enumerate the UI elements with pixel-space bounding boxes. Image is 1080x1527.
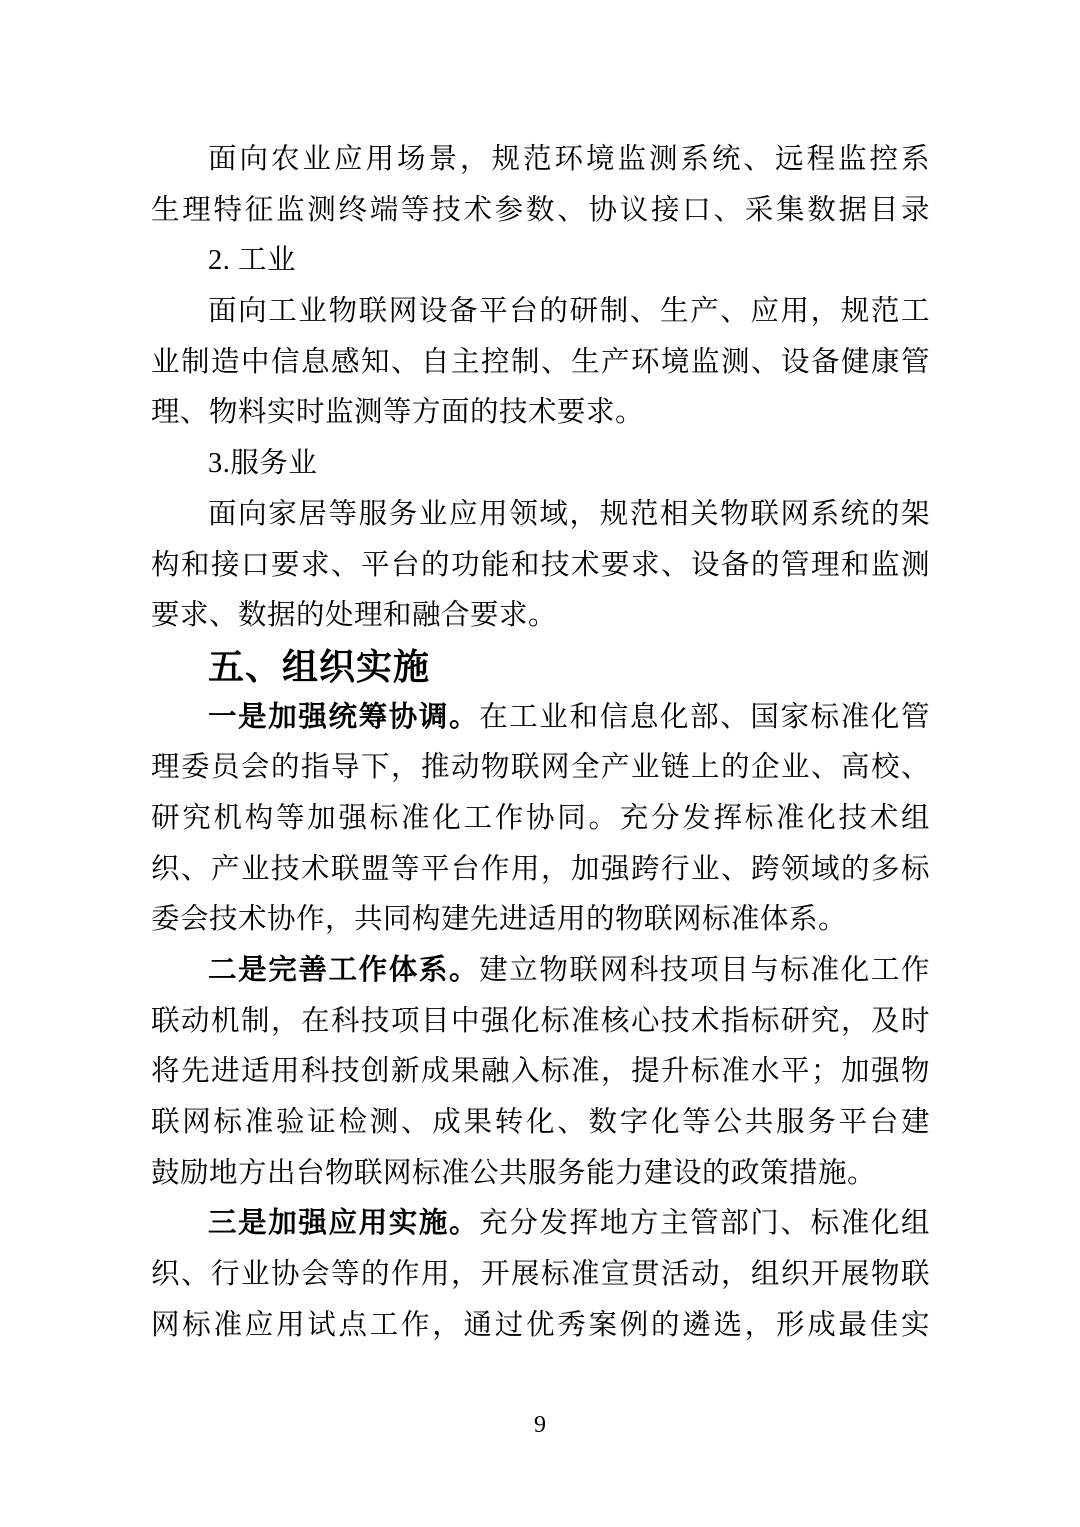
section-heading: 五、组织实施 xyxy=(151,642,930,693)
text-run: 充分发挥地方主管部门、标准化组 xyxy=(479,1208,930,1239)
lead-bold-run: 一是加强统筹协调。 xyxy=(208,702,479,733)
text-run: 面向家居等服务业应用领域，规范相关物联网系统的架 xyxy=(208,499,930,530)
text-run: 2. 工业 xyxy=(208,245,296,276)
text-line: 面向家居等服务业应用领域，规范相关物联网系统的架 xyxy=(151,490,930,541)
text-line: 三是加强应用实施。充分发挥地方主管部门、标准化组 xyxy=(151,1199,930,1250)
text-line: 业制造中信息感知、自主控制、生产环境监测、设备健康管 xyxy=(151,338,930,389)
text-line: 2. 工业 xyxy=(151,236,930,287)
text-run: 生理特征监测终端等技术参数、协议接口、采集数据目录等。 xyxy=(151,195,930,237)
text-run: 面向农业应用场景，规范环境监测系统、远程监控系统、 xyxy=(151,144,930,186)
text-run: 鼓励地方出台物联网标准公共服务能力建设的政策措施。 xyxy=(151,1158,876,1189)
text-run: 织、行业协会等的作用，开展标准宣贯活动，组织开展物联 xyxy=(151,1259,930,1290)
text-line: 网标准应用试点工作，通过优秀案例的遴选，形成最佳实践， xyxy=(151,1301,930,1352)
text-line: 织、行业协会等的作用，开展标准宣贯活动，组织开展物联 xyxy=(151,1250,930,1301)
text-line: 面向农业应用场景，规范环境监测系统、远程监控系统、 xyxy=(151,135,930,186)
text-line: 织、产业技术联盟等平台作用，加强跨行业、跨领域的多标 xyxy=(151,845,930,896)
paragraph: 3.服务业 xyxy=(151,439,930,490)
text-line: 面向工业物联网设备平台的研制、生产、应用，规范工 xyxy=(151,287,930,338)
text-line: 一是加强统筹协调。在工业和信息化部、国家标准化管 xyxy=(151,693,930,744)
text-run: 3.服务业 xyxy=(208,448,317,479)
paragraph: 三是加强应用实施。充分发挥地方主管部门、标准化组织、行业协会等的作用，开展标准宣… xyxy=(151,1199,930,1351)
text-run: 织、产业技术联盟等平台作用，加强跨行业、跨领域的多标 xyxy=(151,854,930,885)
page-number: 9 xyxy=(0,1408,1080,1442)
lead-bold-run: 三是加强应用实施。 xyxy=(208,1208,479,1239)
text-line: 3.服务业 xyxy=(151,439,930,490)
text-run: 面向工业物联网设备平台的研制、生产、应用，规范工 xyxy=(208,296,930,327)
text-run: 委会技术协作，共同构建先进适用的物联网标准体系。 xyxy=(151,904,847,935)
text-line: 构和接口要求、平台的功能和技术要求、设备的管理和监测 xyxy=(151,541,930,592)
text-run: 理、物料实时监测等方面的技术要求。 xyxy=(151,397,644,428)
text-run: 五、组织实施 xyxy=(208,646,430,687)
text-run: 研究机构等加强标准化工作协同。充分发挥标准化技术组 xyxy=(151,803,930,834)
text-run: 联网标准验证检测、成果转化、数字化等公共服务平台建设， xyxy=(151,1107,930,1149)
text-line: 联动机制，在科技项目中强化标准核心技术指标研究，及时 xyxy=(151,997,930,1048)
text-run: 构和接口要求、平台的功能和技术要求、设备的管理和监测 xyxy=(151,550,930,581)
text-line: 鼓励地方出台物联网标准公共服务能力建设的政策措施。 xyxy=(151,1149,930,1200)
paragraph: 面向家居等服务业应用领域，规范相关物联网系统的架构和接口要求、平台的功能和技术要… xyxy=(151,490,930,642)
document-body: 面向农业应用场景，规范环境监测系统、远程监控系统、生理特征监测终端等技术参数、协… xyxy=(151,135,930,1352)
text-line: 生理特征监测终端等技术参数、协议接口、采集数据目录等。 xyxy=(151,186,930,237)
paragraph: 面向农业应用场景，规范环境监测系统、远程监控系统、生理特征监测终端等技术参数、协… xyxy=(151,135,930,236)
text-run: 建立物联网科技项目与标准化工作 xyxy=(479,955,930,986)
text-line: 联网标准验证检测、成果转化、数字化等公共服务平台建设， xyxy=(151,1098,930,1149)
text-line: 要求、数据的处理和融合要求。 xyxy=(151,591,930,642)
text-line: 五、组织实施 xyxy=(151,642,930,693)
text-line: 研究机构等加强标准化工作协同。充分发挥标准化技术组 xyxy=(151,794,930,845)
paragraph: 面向工业物联网设备平台的研制、生产、应用，规范工业制造中信息感知、自主控制、生产… xyxy=(151,287,930,439)
text-run: 业制造中信息感知、自主控制、生产环境监测、设备健康管 xyxy=(151,347,930,378)
text-line: 理、物料实时监测等方面的技术要求。 xyxy=(151,388,930,439)
text-run: 要求、数据的处理和融合要求。 xyxy=(151,600,557,631)
lead-bold-run: 二是完善工作体系。 xyxy=(208,955,479,986)
paragraph: 2. 工业 xyxy=(151,236,930,287)
text-run: 在工业和信息化部、国家标准化管 xyxy=(479,702,930,733)
text-run: 网标准应用试点工作，通过优秀案例的遴选，形成最佳实践， xyxy=(151,1310,930,1352)
text-line: 理委员会的指导下，推动物联网全产业链上的企业、高校、 xyxy=(151,743,930,794)
document-page: 面向农业应用场景，规范环境监测系统、远程监控系统、生理特征监测终端等技术参数、协… xyxy=(0,0,1080,1527)
text-run: 联动机制，在科技项目中强化标准核心技术指标研究，及时 xyxy=(151,1006,930,1037)
text-line: 将先进适用科技创新成果融入标准，提升标准水平；加强物 xyxy=(151,1047,930,1098)
text-line: 委会技术协作，共同构建先进适用的物联网标准体系。 xyxy=(151,895,930,946)
text-run: 将先进适用科技创新成果融入标准，提升标准水平；加强物 xyxy=(151,1056,930,1087)
text-line: 二是完善工作体系。建立物联网科技项目与标准化工作 xyxy=(151,946,930,997)
paragraph: 一是加强统筹协调。在工业和信息化部、国家标准化管理委员会的指导下，推动物联网全产… xyxy=(151,693,930,946)
text-run: 理委员会的指导下，推动物联网全产业链上的企业、高校、 xyxy=(151,752,930,783)
paragraph: 二是完善工作体系。建立物联网科技项目与标准化工作联动机制，在科技项目中强化标准核… xyxy=(151,946,930,1199)
